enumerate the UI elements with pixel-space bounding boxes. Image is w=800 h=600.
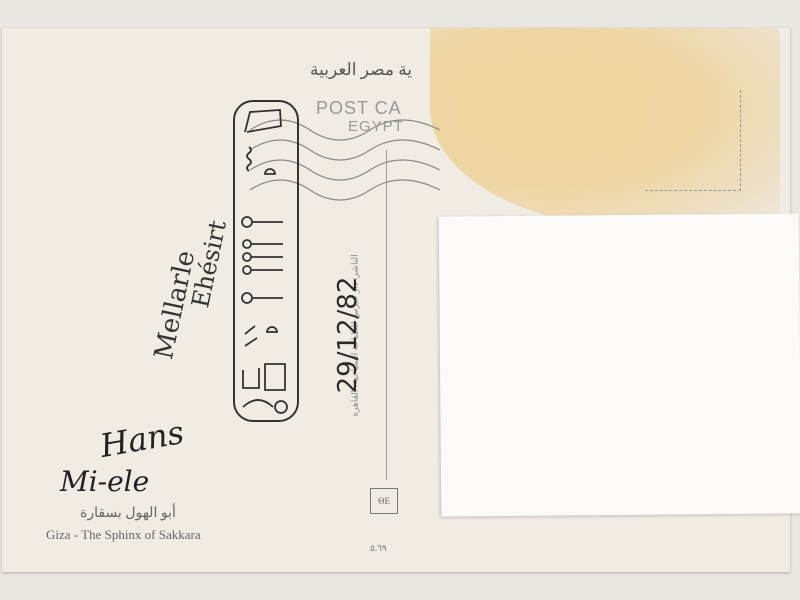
country-label: EGYPT	[348, 118, 404, 135]
divider-line	[386, 150, 387, 480]
print-code: ٥.٦٩	[370, 543, 387, 554]
postcard-title: POST CA	[316, 98, 402, 119]
arabic-header: ية مصر العربية	[310, 60, 412, 80]
signature-2: Mi-ele	[60, 465, 149, 498]
handwritten-date: 29/12/82	[333, 265, 363, 405]
caption-english: Giza - The Sphinx of Sakkara	[46, 527, 201, 543]
caption-arabic: أبو الهول بسقارة	[80, 505, 176, 522]
stamp-box	[645, 90, 741, 191]
blank-paper-overlay	[439, 213, 800, 516]
publisher-logo-icon: ΘΕ	[370, 488, 398, 514]
hieroglyphs-icon	[235, 102, 297, 420]
hieroglyph-cartouche	[233, 100, 299, 422]
